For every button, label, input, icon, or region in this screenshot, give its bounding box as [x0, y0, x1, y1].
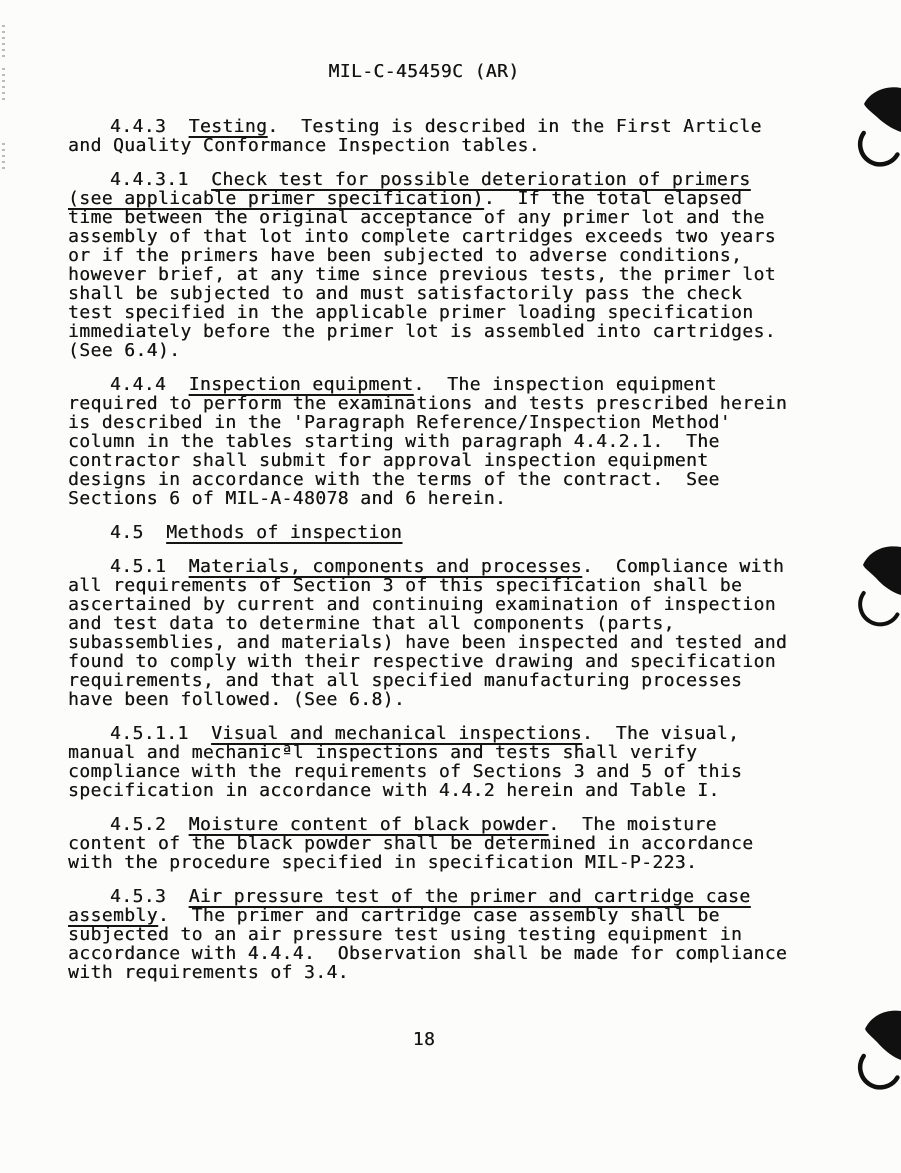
- paragraph-title: Moisture content of black powder: [189, 814, 549, 835]
- paragraph-number: 4.5.3: [110, 886, 189, 907]
- document-column: MIL-C-45459C (AR) 4.4.3 Testing. Testing…: [68, 62, 816, 1067]
- paragraph-body: If the total elapsed time between the or…: [68, 188, 776, 361]
- paragraph-title: Visual and mechanical inspections: [211, 723, 582, 744]
- paragraph-title: Materials, components and processes: [189, 556, 582, 577]
- scan-edge-mark: [2, 68, 5, 100]
- paragraph-number: 4.4.4: [110, 374, 189, 395]
- paragraph-title-separator: .: [582, 723, 593, 744]
- document-header-title: MIL-C-45459C (AR): [50, 62, 798, 81]
- paragraph-title-separator: .: [413, 374, 424, 395]
- binder-ring-icon: [851, 1008, 901, 1103]
- paragraph-number: 4.5.1: [110, 556, 189, 577]
- document-body: 4.4.3 Testing. Testing is described in t…: [68, 117, 816, 982]
- scan-edge-mark: [2, 25, 5, 57]
- paragraph-body: The primer and cartridge case assembly s…: [68, 905, 787, 983]
- paragraph-number: 4.5.2: [110, 814, 189, 835]
- paragraph-number: 4.5: [110, 522, 166, 543]
- paragraph-body: The inspection equipment required to per…: [68, 374, 787, 509]
- paragraph-title: Testing: [189, 116, 268, 137]
- paragraph-number: 4.5.1.1: [110, 723, 211, 744]
- paragraph-title-separator: .: [267, 116, 278, 137]
- paragraph: 4.4.3.1 Check test for possible deterior…: [68, 170, 816, 360]
- binder-ring-icon: [851, 545, 901, 640]
- paragraph-title-separator: .: [548, 814, 559, 835]
- paragraph: 4.5.3 Air pressure test of the primer an…: [68, 887, 816, 982]
- paragraph-title-separator: .: [484, 188, 495, 209]
- paragraph-number: 4.4.3: [110, 116, 189, 137]
- binder-ring-icon: [851, 85, 901, 180]
- paragraph-title-separator: .: [158, 905, 169, 926]
- paragraph-title-separator: .: [582, 556, 593, 577]
- scanned-document-page: MIL-C-45459C (AR) 4.4.3 Testing. Testing…: [0, 0, 901, 1173]
- paragraph-number: 4.4.3.1: [110, 169, 211, 190]
- paragraph-title: Inspection equipment: [189, 374, 414, 395]
- paragraph: 4.4.3 Testing. Testing is described in t…: [68, 117, 816, 155]
- paragraph: 4.5.1.1 Visual and mechanical inspection…: [68, 724, 816, 800]
- paragraph-title: Methods of inspection: [166, 522, 402, 543]
- paragraph: 4.5 Methods of inspection: [68, 523, 816, 542]
- paragraph-body: Compliance with all requirements of Sect…: [68, 556, 787, 710]
- scan-edge-mark: [2, 143, 5, 169]
- paragraph: 4.4.4 Inspection equipment. The inspecti…: [68, 375, 816, 508]
- paragraph: 4.5.2 Moisture content of black powder. …: [68, 815, 816, 872]
- paragraph: 4.5.1 Materials, components and processe…: [68, 557, 816, 709]
- page-number: 18: [50, 1030, 798, 1049]
